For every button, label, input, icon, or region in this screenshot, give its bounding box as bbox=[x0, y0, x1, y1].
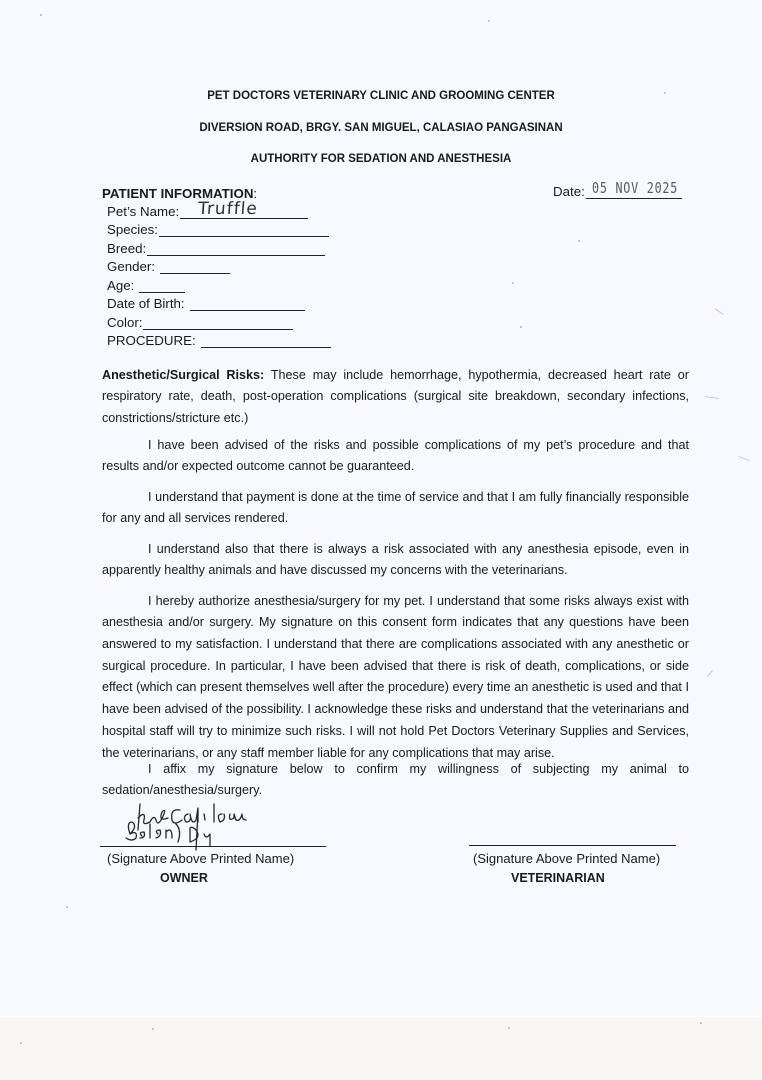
pets-name-label: Pet’s Name: bbox=[107, 204, 179, 219]
species-line bbox=[159, 222, 329, 237]
owner-handwritten-signature bbox=[118, 800, 268, 852]
scanner-bed-edge bbox=[0, 1016, 762, 1080]
clinic-address: DIVERSION ROAD, BRGY. SAN MIGUEL, CALASI… bbox=[0, 122, 762, 134]
color-line bbox=[143, 315, 293, 330]
owner-role-label: OWNER bbox=[160, 871, 208, 885]
scan-scratch bbox=[707, 670, 713, 677]
paragraph-text: I understand also that there is always a… bbox=[102, 542, 689, 578]
date-field[interactable]: Date: 05 NOV 2025 bbox=[553, 184, 682, 199]
owner-signature-line[interactable] bbox=[100, 846, 326, 847]
scan-speck bbox=[20, 1042, 22, 1044]
scan-speck bbox=[512, 282, 514, 284]
date-line: 05 NOV 2025 bbox=[586, 184, 682, 199]
procedure-label: PROCEDURE: bbox=[107, 333, 196, 348]
date-of-birth-field[interactable]: Date of Birth: bbox=[107, 296, 305, 311]
risks-paragraph: Anesthetic/Surgical Risks: These may inc… bbox=[102, 365, 689, 430]
paragraph-text: I have been advised of the risks and pos… bbox=[102, 438, 689, 474]
scan-speck bbox=[508, 1027, 510, 1029]
scan-speck bbox=[488, 20, 490, 22]
paragraph-text: I hereby authorize anesthesia/surgery fo… bbox=[102, 594, 689, 760]
species-field[interactable]: Species: bbox=[107, 222, 329, 237]
gender-line bbox=[160, 259, 230, 274]
age-field[interactable]: Age: bbox=[107, 278, 185, 293]
gender-field[interactable]: Gender: bbox=[107, 259, 230, 274]
gender-label: Gender: bbox=[107, 259, 155, 274]
procedure-line bbox=[201, 333, 331, 348]
authorization-paragraph: I hereby authorize anesthesia/surgery fo… bbox=[102, 591, 689, 765]
risks-heading: Anesthetic/Surgical Risks: bbox=[102, 368, 264, 382]
color-field[interactable]: Color: bbox=[107, 315, 293, 330]
affix-signature-paragraph: I affix my signature below to confirm my… bbox=[102, 759, 689, 802]
breed-field[interactable]: Breed: bbox=[107, 241, 325, 256]
pets-name-line: Truffle bbox=[180, 204, 308, 219]
advised-paragraph: I have been advised of the risks and pos… bbox=[102, 435, 689, 478]
scan-scratch bbox=[705, 396, 719, 399]
breed-line bbox=[147, 241, 325, 256]
pets-name-field[interactable]: Pet’s Name: Truffle bbox=[107, 204, 308, 219]
procedure-field[interactable]: PROCEDURE: bbox=[107, 333, 331, 348]
date-label: Date: bbox=[553, 184, 585, 199]
owner-signature-caption: (Signature Above Printed Name) bbox=[107, 851, 294, 866]
veterinarian-signature-line[interactable] bbox=[469, 845, 676, 846]
scan-speck bbox=[578, 240, 580, 242]
color-label: Color: bbox=[107, 315, 142, 330]
age-line bbox=[139, 278, 185, 293]
scan-speck bbox=[700, 1022, 702, 1024]
species-label: Species: bbox=[107, 222, 158, 237]
pets-name-value: Truffle bbox=[198, 201, 259, 218]
paragraph-text: I affix my signature below to confirm my… bbox=[102, 762, 689, 798]
veterinarian-role-label: VETERINARIAN bbox=[511, 871, 605, 885]
form-title: AUTHORITY FOR SEDATION AND ANESTHESIA bbox=[0, 153, 762, 165]
date-of-birth-label: Date of Birth: bbox=[107, 296, 185, 311]
scan-speck bbox=[66, 906, 68, 908]
veterinarian-signature-caption: (Signature Above Printed Name) bbox=[473, 851, 660, 866]
scan-scratch bbox=[715, 308, 724, 315]
scan-speck bbox=[40, 14, 42, 16]
scan-speck bbox=[520, 326, 522, 328]
payment-paragraph: I understand that payment is done at the… bbox=[102, 487, 689, 530]
paragraph-text: I understand that payment is done at the… bbox=[102, 490, 689, 526]
date-stamp-value: 05 NOV 2025 bbox=[592, 179, 678, 197]
anesthesia-risk-paragraph: I understand also that there is always a… bbox=[102, 539, 689, 582]
clinic-name: PET DOCTORS VETERINARY CLINIC AND GROOMI… bbox=[0, 90, 762, 102]
breed-label: Breed: bbox=[107, 241, 146, 256]
age-label: Age: bbox=[107, 278, 134, 293]
scan-scratch bbox=[738, 456, 750, 461]
date-of-birth-line bbox=[190, 296, 305, 311]
scan-speck bbox=[152, 1028, 154, 1030]
